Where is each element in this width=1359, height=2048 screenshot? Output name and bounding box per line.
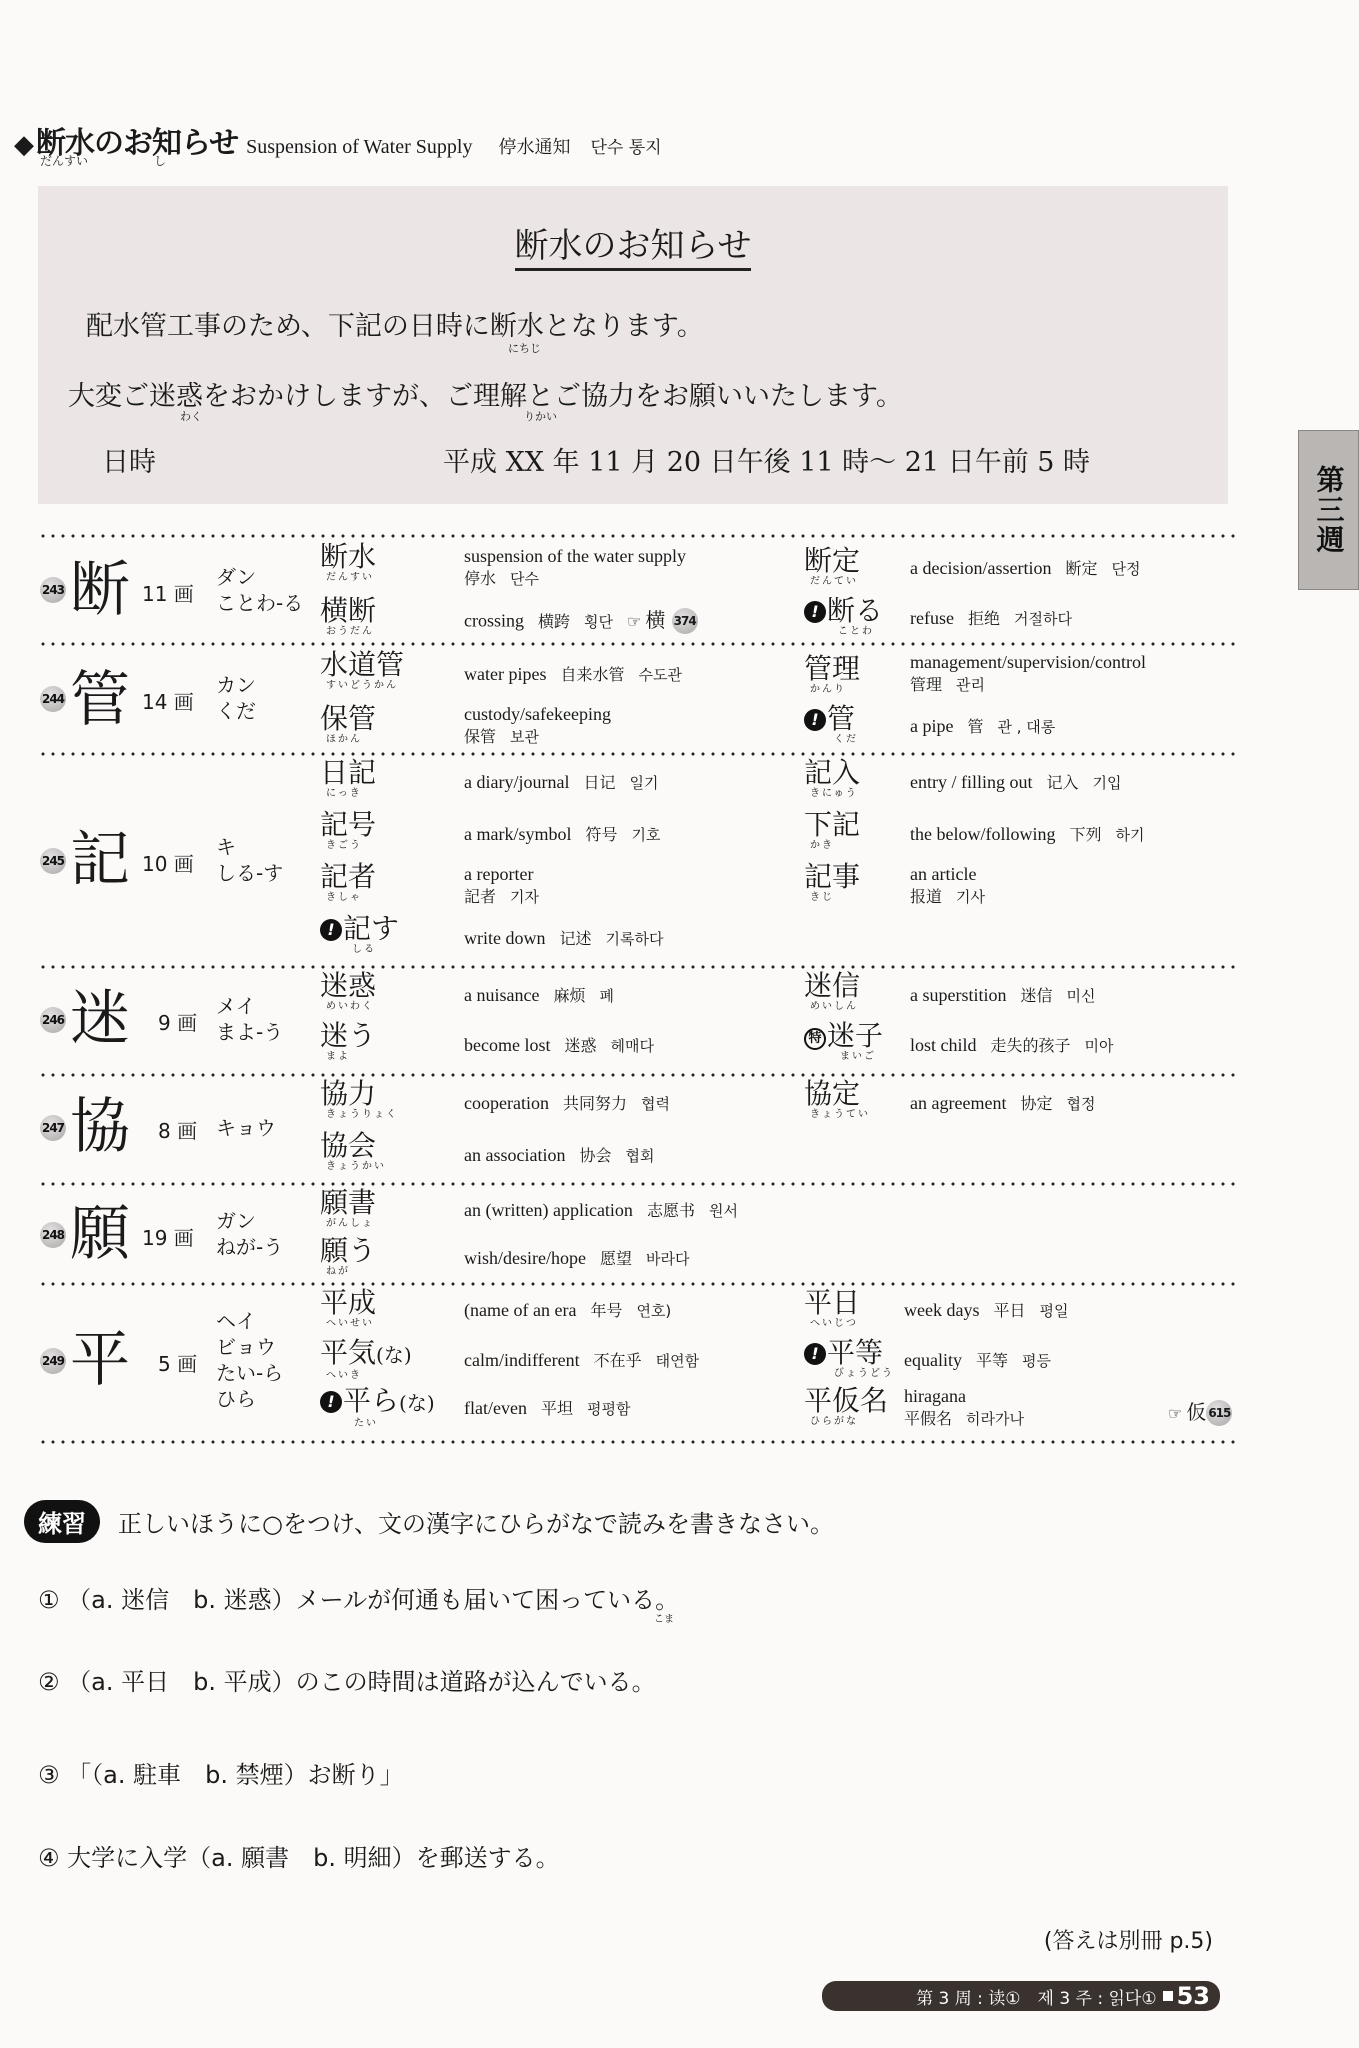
kanji-entry-245: 245 記 10 画 キ しる-す 日記にっき a diary/journal日… bbox=[38, 758, 1238, 963]
word-text: 記者 bbox=[320, 860, 376, 893]
practice-question-1: ① （a. 迷信 b. 迷惑）メールが何通も届いて困っている。 こま bbox=[38, 1580, 679, 1615]
reading: カン bbox=[216, 672, 256, 698]
vocab-word: 協定きょうてい bbox=[804, 1079, 870, 1120]
word-text: 横断 bbox=[320, 594, 376, 627]
word-text: 断水 bbox=[320, 540, 376, 573]
stroke-count: 10 画 bbox=[142, 848, 194, 877]
gloss-zh: 管 bbox=[967, 717, 983, 736]
furigana: ことわ bbox=[804, 626, 883, 637]
gloss-ko: 관리 bbox=[956, 676, 985, 694]
caution-mark-icon: ! bbox=[804, 1343, 826, 1365]
gloss-en: water pipes bbox=[464, 664, 546, 684]
gloss: cooperation共同努力협력 bbox=[464, 1093, 670, 1115]
vocab-word: 平気(な)へいき bbox=[320, 1338, 412, 1381]
furigana: かんり bbox=[804, 684, 860, 695]
kanji-entry-244: 244 管 14 画 カン くだ 水道管すいどうかん water pipes自来… bbox=[38, 648, 1238, 752]
notice-date-label: 日時 bbox=[102, 440, 156, 479]
ref-number-badge: 374 bbox=[672, 608, 698, 634]
gloss-zh: 共同努力 bbox=[563, 1094, 627, 1113]
gloss-zh: 协会 bbox=[579, 1146, 611, 1165]
gloss-ko: 기호 bbox=[632, 826, 661, 844]
readings: カン くだ bbox=[216, 672, 256, 724]
word-text: 願う bbox=[320, 1234, 376, 1267]
entry-kanji: 協 bbox=[70, 1097, 130, 1157]
gloss-zh: 麻烦 bbox=[553, 986, 585, 1005]
gloss-zh: 报道 bbox=[910, 887, 942, 906]
vocab-word: 協会きょうかい bbox=[320, 1131, 386, 1172]
gloss: hiragana平假名히라가나 bbox=[904, 1386, 1024, 1430]
gloss-ko: 단정 bbox=[1111, 560, 1140, 578]
notice-date-value: 平成 XX 年 11 月 20 日午後 11 時～ 21 日午前 5 時 bbox=[443, 440, 1090, 479]
gloss: week days平日평일 bbox=[904, 1300, 1068, 1322]
gloss-zh: 停水 bbox=[464, 569, 496, 588]
gloss-zh: 横跨 bbox=[538, 612, 570, 631]
gloss: wish/desire/hope愿望바라다 bbox=[464, 1248, 689, 1270]
gloss: write down记述기록하다 bbox=[464, 928, 663, 950]
gloss-zh: 年号 bbox=[590, 1301, 622, 1320]
gloss-en: calm/indifferent bbox=[464, 1350, 580, 1370]
vocab-word: 水道管すいどうかん bbox=[320, 650, 404, 691]
vocab-word: 迷うまよ bbox=[320, 1021, 376, 1062]
gloss-en: a reporter bbox=[464, 864, 533, 884]
ref-number-badge: 615 bbox=[1206, 1400, 1232, 1426]
word-text: 協会 bbox=[320, 1129, 376, 1162]
gloss-zh: 平日 bbox=[993, 1301, 1025, 1320]
vocab-word: 記号きごう bbox=[320, 810, 376, 851]
divider bbox=[38, 1182, 1238, 1186]
reading: たい-ら bbox=[216, 1360, 283, 1386]
stroke-count: 19 画 bbox=[142, 1222, 194, 1251]
word-text: 協力 bbox=[320, 1077, 376, 1110]
reading: まよ-う bbox=[216, 1019, 283, 1045]
question-number: ① bbox=[38, 1586, 60, 1614]
divider bbox=[38, 1282, 1238, 1286]
vocab-word: 記入きにゅう bbox=[804, 758, 860, 799]
gloss-zh: 管理 bbox=[910, 675, 942, 694]
pointing-hand-icon: ☞ bbox=[1168, 1404, 1182, 1423]
word-text: 日記 bbox=[320, 756, 376, 789]
gloss: equality平等평등 bbox=[904, 1350, 1051, 1372]
gloss-en: a mark/symbol bbox=[464, 824, 571, 844]
gloss-zh: 下列 bbox=[1069, 825, 1101, 844]
notice-title-text: 断水のお知らせ bbox=[515, 226, 752, 271]
section-heading: ◆ 断水のお知らせ だんすい し Suspension of Water Sup… bbox=[14, 118, 662, 162]
reading: ひら bbox=[216, 1386, 283, 1412]
question-text: 大学に入学（a. 願書 b. 明細）を郵送する。 bbox=[67, 1844, 559, 1872]
gloss-en: hiragana bbox=[904, 1386, 966, 1406]
furigana: きしゃ bbox=[320, 892, 376, 903]
gloss: a mark/symbol符号기호 bbox=[464, 824, 660, 846]
word-suffix: (な) bbox=[399, 1391, 435, 1415]
divider bbox=[38, 534, 1238, 538]
word-text: 平日 bbox=[804, 1286, 860, 1319]
gloss-zh: 记述 bbox=[559, 929, 591, 948]
furigana: だんてい bbox=[804, 576, 860, 587]
furigana: にっき bbox=[320, 788, 376, 799]
question-number: ④ bbox=[38, 1844, 60, 1872]
gloss-zh: 迷信 bbox=[1021, 986, 1053, 1005]
cross-reference[interactable]: ☞横 374 bbox=[627, 608, 698, 632]
vocab-word: 記者きしゃ bbox=[320, 862, 376, 903]
vocab-word: 断定だんてい bbox=[804, 546, 860, 587]
word-text: 記事 bbox=[804, 860, 860, 893]
week-tab-label: 第三週 bbox=[1309, 465, 1349, 555]
reading: メイ bbox=[216, 993, 283, 1019]
word-text: 迷う bbox=[320, 1019, 376, 1052]
gloss-en: an (written) application bbox=[464, 1200, 633, 1220]
gloss-ko: 단수 bbox=[510, 570, 539, 588]
divider bbox=[38, 1440, 1238, 1444]
notice-title: 断水のお知らせ bbox=[38, 218, 1228, 267]
gloss: become lost迷惑헤매다 bbox=[464, 1035, 654, 1057]
stroke-count: 8 画 bbox=[158, 1115, 197, 1144]
kanji-entry-247: 247 協 8 画 キョウ 協力きょうりょく cooperation共同努力협력… bbox=[38, 1079, 1238, 1179]
readings: ガン ねが-う bbox=[216, 1208, 283, 1260]
gloss-ko: 협회 bbox=[626, 1147, 655, 1165]
entry-kanji: 願 bbox=[70, 1204, 130, 1264]
vocab-word: 管理かんり bbox=[804, 654, 860, 695]
section-title-ruby: し bbox=[154, 152, 166, 169]
furigana: おうだん bbox=[320, 626, 376, 637]
vocab-word: !管くだ bbox=[804, 704, 858, 745]
gloss-en: flat/even bbox=[464, 1398, 527, 1418]
readings: メイ まよ-う bbox=[216, 993, 283, 1045]
gloss-en: lost child bbox=[910, 1035, 977, 1055]
gloss-en: an agreement bbox=[910, 1093, 1006, 1113]
gloss-zh: 志愿书 bbox=[647, 1201, 695, 1220]
gloss: crossing横跨횡단☞横 374 bbox=[464, 608, 698, 634]
gloss-en: an article bbox=[910, 864, 976, 884]
question-text: （a. 平日 b. 平成）のこの時間は道路が込んでいる。 bbox=[67, 1668, 655, 1696]
word-text: 断る bbox=[827, 594, 883, 627]
question-number: ③ bbox=[38, 1761, 60, 1789]
vocab-word: 願うねが bbox=[320, 1236, 376, 1277]
divider bbox=[38, 965, 1238, 969]
gloss-ko: 폐 bbox=[599, 987, 614, 1005]
vocab-word: 願書がんしょ bbox=[320, 1188, 376, 1229]
entry-number-badge: 246 bbox=[40, 1007, 66, 1033]
word-text: 迷子 bbox=[827, 1019, 883, 1052]
question-number: ② bbox=[38, 1668, 60, 1696]
gloss-en: suspension of the water supply bbox=[464, 546, 686, 566]
gloss-ko: 하기 bbox=[1116, 826, 1145, 844]
caution-mark-icon: ! bbox=[320, 919, 342, 941]
entry-number-badge: 243 bbox=[40, 577, 66, 603]
vocab-word: 日記にっき bbox=[320, 758, 376, 799]
gloss-zh: 不在乎 bbox=[594, 1351, 642, 1370]
stroke-count: 9 画 bbox=[158, 1007, 197, 1036]
kanji-entry-248: 248 願 19 画 ガン ねが-う 願書がんしょ an (written) a… bbox=[38, 1188, 1238, 1280]
gloss: a nuisance麻烦폐 bbox=[464, 985, 614, 1007]
gloss-en: crossing bbox=[464, 611, 524, 631]
word-text: 願書 bbox=[320, 1186, 376, 1219]
readings: キョウ bbox=[216, 1115, 276, 1141]
entry-number-badge: 245 bbox=[40, 848, 66, 874]
furigana: へいせい bbox=[320, 1318, 376, 1329]
furigana: くだ bbox=[804, 734, 858, 745]
word-text: 記入 bbox=[804, 756, 860, 789]
vocab-word: 断水だんすい bbox=[320, 542, 376, 583]
gloss-ko: 평등 bbox=[1022, 1352, 1051, 1370]
gloss-ko: 횡단 bbox=[584, 613, 613, 631]
entry-kanji: 断 bbox=[70, 560, 130, 620]
square-icon bbox=[1163, 1991, 1173, 2001]
gloss-ko: 평평함 bbox=[587, 1400, 630, 1418]
furigana: めいわく bbox=[320, 1001, 376, 1012]
furigana: がんしょ bbox=[320, 1218, 376, 1229]
vocab-word: 保管ほかん bbox=[320, 704, 376, 745]
word-text: 記す bbox=[343, 912, 399, 945]
furigana: きょうかい bbox=[320, 1161, 386, 1172]
reading: くだ bbox=[216, 698, 256, 724]
kanji-entry-246: 246 迷 9 画 メイ まよ-う 迷惑めいわく a nuisance麻烦폐 迷… bbox=[38, 971, 1238, 1071]
reading: キ bbox=[216, 834, 283, 860]
section-title: 断水のお知らせ だんすい し bbox=[36, 118, 238, 162]
notice-ruby: わく bbox=[180, 408, 202, 424]
gloss-en: refuse bbox=[910, 608, 954, 628]
diamond-icon: ◆ bbox=[14, 130, 34, 160]
gloss-zh: 走失的孩子 bbox=[991, 1036, 1071, 1055]
gloss-ko: 태연함 bbox=[656, 1352, 699, 1370]
gloss: entry / filling out记入기입 bbox=[910, 772, 1121, 794]
notice-line-1: 配水管工事のため、下記の日時に断水となります。 bbox=[86, 304, 704, 343]
gloss-zh: 记入 bbox=[1046, 773, 1078, 792]
vocab-word: 特迷子まいご bbox=[804, 1021, 883, 1062]
word-text: 保管 bbox=[320, 702, 376, 735]
entry-number-badge: 249 bbox=[40, 1348, 66, 1374]
gloss-en: a nuisance bbox=[464, 985, 539, 1005]
practice-badge: 練習 bbox=[24, 1500, 100, 1543]
furigana: きょうてい bbox=[804, 1109, 870, 1120]
furigana: へいき bbox=[320, 1370, 412, 1381]
furigana: へいじつ bbox=[804, 1318, 860, 1329]
cross-reference[interactable]: ☞仮615 bbox=[1168, 1400, 1232, 1426]
vocab-word: 下記かき bbox=[804, 810, 860, 851]
reading: ヘイ bbox=[216, 1308, 283, 1334]
word-text: 断定 bbox=[804, 544, 860, 577]
vocab-word: 平仮名ひらがな bbox=[804, 1386, 888, 1427]
gloss-ko: 관 , 대롱 bbox=[998, 718, 1056, 736]
entry-kanji: 管 bbox=[70, 670, 130, 730]
stroke-count: 11 画 bbox=[142, 578, 194, 607]
vocab-word: 平日へいじつ bbox=[804, 1288, 860, 1329]
word-text: 平成 bbox=[320, 1286, 376, 1319]
word-text: 平気 bbox=[320, 1336, 376, 1369]
vocab-word: !平ら(な)たい bbox=[320, 1386, 435, 1429]
gloss-ko: 원서 bbox=[709, 1202, 738, 1220]
gloss: a reporter記者기자 bbox=[464, 864, 539, 908]
entry-kanji: 迷 bbox=[70, 989, 130, 1049]
reading: ダン bbox=[216, 564, 303, 590]
word-text: 平等 bbox=[827, 1336, 883, 1369]
gloss-ko: 헤매다 bbox=[611, 1037, 654, 1055]
readings: キ しる-す bbox=[216, 834, 283, 886]
practice-header: 練習 正しいほうに○をつけ、文の漢字にひらがなで読みを書きなさい。 bbox=[24, 1500, 834, 1543]
furigana: だんすい bbox=[320, 572, 376, 583]
furigana: まよ bbox=[320, 1051, 376, 1062]
gloss-en: management/supervision/control bbox=[910, 652, 1146, 672]
gloss-en: a diary/journal bbox=[464, 772, 569, 792]
reading: ガン bbox=[216, 1208, 283, 1234]
gloss-ko: 기사 bbox=[956, 888, 985, 906]
gloss-ko: 기자 bbox=[510, 888, 539, 906]
gloss-zh: 迷惑 bbox=[564, 1036, 596, 1055]
furigana: きごう bbox=[320, 840, 376, 851]
gloss: water pipes自来水管수도관 bbox=[464, 664, 682, 686]
gloss: an association协会협회 bbox=[464, 1145, 654, 1167]
gloss-ko: 기록하다 bbox=[606, 930, 664, 948]
gloss-ko: 미신 bbox=[1067, 987, 1096, 1005]
furigana: しる bbox=[320, 944, 399, 955]
furigana: まいご bbox=[804, 1051, 883, 1062]
notice-ruby: りかい bbox=[524, 408, 557, 424]
gloss: an agreement协定협정 bbox=[910, 1093, 1095, 1115]
reading: しる-す bbox=[216, 860, 283, 886]
section-title-ko: 단수 통지 bbox=[590, 133, 661, 158]
section-title-ruby: だんすい bbox=[40, 152, 88, 169]
furigana: めいしん bbox=[804, 1001, 860, 1012]
furigana: びょうどう bbox=[804, 1368, 894, 1379]
practice-instruction: 正しいほうに○をつけ、文の漢字にひらがなで読みを書きなさい。 bbox=[118, 1504, 834, 1539]
answer-note: (答えは別冊 p.5) bbox=[1044, 1924, 1213, 1955]
gloss-en: wish/desire/hope bbox=[464, 1248, 586, 1268]
word-suffix: (な) bbox=[376, 1343, 412, 1367]
practice-question-2: ② （a. 平日 b. 平成）のこの時間は道路が込んでいる。 bbox=[38, 1662, 656, 1697]
section-title-en: Suspension of Water Supply bbox=[246, 136, 472, 159]
gloss-ko: 협력 bbox=[641, 1095, 670, 1113]
gloss-ko: 일기 bbox=[629, 774, 658, 792]
divider bbox=[38, 1073, 1238, 1077]
entry-number-badge: 248 bbox=[40, 1222, 66, 1248]
gloss: lost child走失的孩子미아 bbox=[910, 1035, 1114, 1057]
question-text: 「（a. 駐車 b. 禁煙）お断り」 bbox=[67, 1761, 403, 1789]
page-number: 53 bbox=[1177, 1982, 1210, 2010]
vocab-word: !記すしる bbox=[320, 914, 399, 955]
word-text: 管 bbox=[827, 702, 855, 735]
gloss-ko: 거절하다 bbox=[1014, 610, 1072, 628]
entry-kanji: 記 bbox=[70, 830, 130, 890]
gloss-ko: 미아 bbox=[1085, 1037, 1114, 1055]
gloss-zh: 保管 bbox=[464, 727, 496, 746]
divider bbox=[38, 752, 1238, 756]
gloss: calm/indifferent不在乎태연함 bbox=[464, 1350, 699, 1372]
notice-box: 断水のお知らせ 配水管工事のため、下記の日時に断水となります。 にちじ 大変ご迷… bbox=[38, 186, 1228, 504]
gloss-ko: 연호) bbox=[636, 1302, 671, 1320]
gloss-en: (name of an era bbox=[464, 1300, 576, 1320]
gloss: an (written) application志愿书원서 bbox=[464, 1200, 738, 1222]
gloss-ko: 히라가나 bbox=[966, 1410, 1024, 1428]
word-text: 管理 bbox=[804, 652, 860, 685]
gloss: a diary/journal日记일기 bbox=[464, 772, 658, 794]
word-text: 下記 bbox=[804, 808, 860, 841]
gloss-zh: 平坦 bbox=[541, 1399, 573, 1418]
gloss-en: a pipe bbox=[910, 716, 953, 736]
gloss-en: write down bbox=[464, 928, 545, 948]
page-footer: 第 3 周 : 读① 제 3 주 : 읽다① 53 bbox=[822, 1981, 1220, 2011]
gloss-en: equality bbox=[904, 1350, 962, 1370]
gloss-ko: 평일 bbox=[1040, 1302, 1069, 1320]
entry-kanji: 平 bbox=[70, 1330, 130, 1390]
gloss-zh: 記者 bbox=[464, 887, 496, 906]
word-text: 平仮名 bbox=[804, 1384, 888, 1417]
furigana: きじ bbox=[804, 892, 860, 903]
gloss-en: the below/following bbox=[910, 824, 1055, 844]
gloss: custody/safekeeping保管보관 bbox=[464, 704, 611, 748]
gloss: a superstition迷信미신 bbox=[910, 985, 1096, 1007]
gloss: an article报道기사 bbox=[910, 864, 985, 908]
caution-mark-icon: ! bbox=[804, 601, 826, 623]
gloss-ko: 바라다 bbox=[646, 1250, 689, 1268]
gloss: the below/following下列하기 bbox=[910, 824, 1144, 846]
gloss: a pipe管관 , 대롱 bbox=[910, 716, 1055, 738]
entry-number-badge: 247 bbox=[40, 1115, 66, 1141]
furigana: たい bbox=[320, 1418, 435, 1429]
stroke-count: 5 画 bbox=[158, 1348, 197, 1377]
vocab-word: !断ることわ bbox=[804, 596, 883, 637]
gloss-zh: 愿望 bbox=[600, 1249, 632, 1268]
gloss-zh: 平假名 bbox=[904, 1409, 952, 1428]
word-text: 平ら bbox=[343, 1384, 399, 1417]
gloss-en: custody/safekeeping bbox=[464, 704, 611, 724]
question-ruby: こま bbox=[654, 1610, 674, 1625]
vocab-word: !平等びょうどう bbox=[804, 1338, 894, 1379]
notice-ruby: にちじ bbox=[508, 340, 541, 356]
practice-question-3: ③ 「（a. 駐車 b. 禁煙）お断り」 bbox=[38, 1755, 404, 1790]
gloss-zh: 断定 bbox=[1065, 559, 1097, 578]
gloss-ko: 수도관 bbox=[638, 666, 681, 684]
vocab-word: 記事きじ bbox=[804, 862, 860, 903]
footer-text: 第 3 周 : 读① 제 3 주 : 읽다① bbox=[916, 1984, 1157, 2009]
word-text: 迷信 bbox=[804, 969, 860, 1002]
gloss-zh: 拒绝 bbox=[968, 609, 1000, 628]
section-title-zh: 停水通知 bbox=[498, 133, 570, 159]
reading: キョウ bbox=[216, 1115, 276, 1141]
stroke-count: 14 画 bbox=[142, 686, 194, 715]
furigana: きにゅう bbox=[804, 788, 860, 799]
pointing-hand-icon: ☞ bbox=[627, 612, 641, 631]
question-text: （a. 迷信 b. 迷惑）メールが何通も届いて困っている。 bbox=[67, 1586, 679, 1614]
vocab-word: 横断おうだん bbox=[320, 596, 376, 637]
caution-mark-icon: ! bbox=[320, 1391, 342, 1413]
gloss: a decision/assertion断定단정 bbox=[910, 558, 1140, 580]
word-text: 迷惑 bbox=[320, 969, 376, 1002]
entry-number-badge: 244 bbox=[40, 686, 66, 712]
furigana: ひらがな bbox=[804, 1416, 888, 1427]
ref-kanji: 仮 bbox=[1186, 1400, 1206, 1424]
vocab-word: 迷惑めいわく bbox=[320, 971, 376, 1012]
week-tab: 第三週 bbox=[1298, 430, 1359, 590]
gloss-en: cooperation bbox=[464, 1093, 549, 1113]
gloss-en: a decision/assertion bbox=[910, 558, 1051, 578]
gloss: suspension of the water supply停水단수 bbox=[464, 546, 686, 590]
word-text: 記号 bbox=[320, 808, 376, 841]
reading: ビョウ bbox=[216, 1334, 283, 1360]
vocab-word: 迷信めいしん bbox=[804, 971, 860, 1012]
readings: ヘイ ビョウ たい-ら ひら bbox=[216, 1308, 283, 1412]
furigana: きょうりょく bbox=[320, 1109, 398, 1120]
gloss-zh: 协定 bbox=[1020, 1094, 1052, 1113]
furigana: かき bbox=[804, 840, 860, 851]
vocab-word: 協力きょうりょく bbox=[320, 1079, 398, 1120]
gloss: management/supervision/control管理관리 bbox=[910, 652, 1146, 696]
reading: ことわ-る bbox=[216, 590, 303, 616]
gloss-en: an association bbox=[464, 1145, 565, 1165]
gloss: flat/even平坦평평함 bbox=[464, 1398, 630, 1420]
vocab-word: 平成へいせい bbox=[320, 1288, 376, 1329]
ref-kanji: 横 bbox=[645, 608, 665, 632]
gloss-zh: 日记 bbox=[583, 773, 615, 792]
gloss-en: week days bbox=[904, 1300, 979, 1320]
